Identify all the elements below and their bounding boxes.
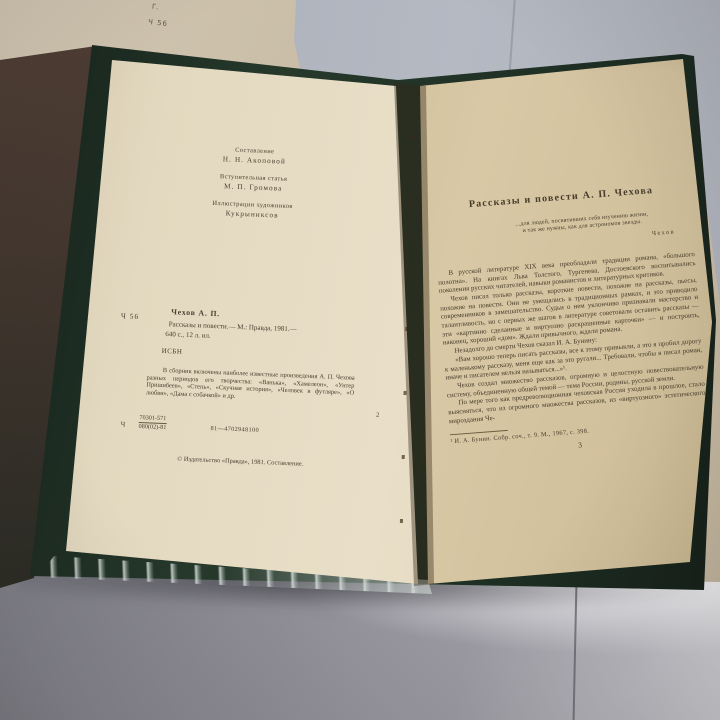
udc-letter: Ч bbox=[120, 421, 125, 429]
right-page-content: Рассказы и повести А. П. Чехова ...для л… bbox=[432, 182, 709, 460]
catalog-card: Ч 56 Чехов А. П. Рассказы и повести.— М.… bbox=[105, 305, 387, 471]
catalog-author: Чехов А. П. bbox=[171, 307, 220, 318]
page-mark: 2 bbox=[376, 412, 380, 419]
photo-scene: Г. Ч 56 Составление Н. Н. Акоповой Вступ… bbox=[0, 0, 720, 720]
copyright-line: © Издательство «Правда», 1981. Составлен… bbox=[177, 456, 381, 471]
udc-numerator: 70301-571 bbox=[139, 414, 167, 423]
left-page-content: Составление Н. Н. Акоповой Вступительная… bbox=[101, 142, 394, 573]
udc-code: 81—4702948100 bbox=[210, 425, 259, 434]
udc-fraction: 70301-571 080(02)-81 bbox=[138, 414, 167, 432]
isbn-label: ИСБН bbox=[161, 347, 385, 364]
udc-block: 2 Ч 70301-571 080(02)-81 81—4702948100 bbox=[106, 411, 383, 450]
udc-denominator: 080(02)-81 bbox=[138, 422, 166, 432]
intro-body: В русской литературе XIX века преобладал… bbox=[437, 251, 706, 427]
catalog-index: Ч 56 bbox=[121, 311, 140, 321]
credits-block: Составление Н. Н. Акоповой Вступительная… bbox=[157, 144, 350, 223]
wall-handwriting-line1: Г. bbox=[152, 3, 159, 12]
annotation-text: В сборник включены наиболее известные пр… bbox=[146, 366, 355, 405]
